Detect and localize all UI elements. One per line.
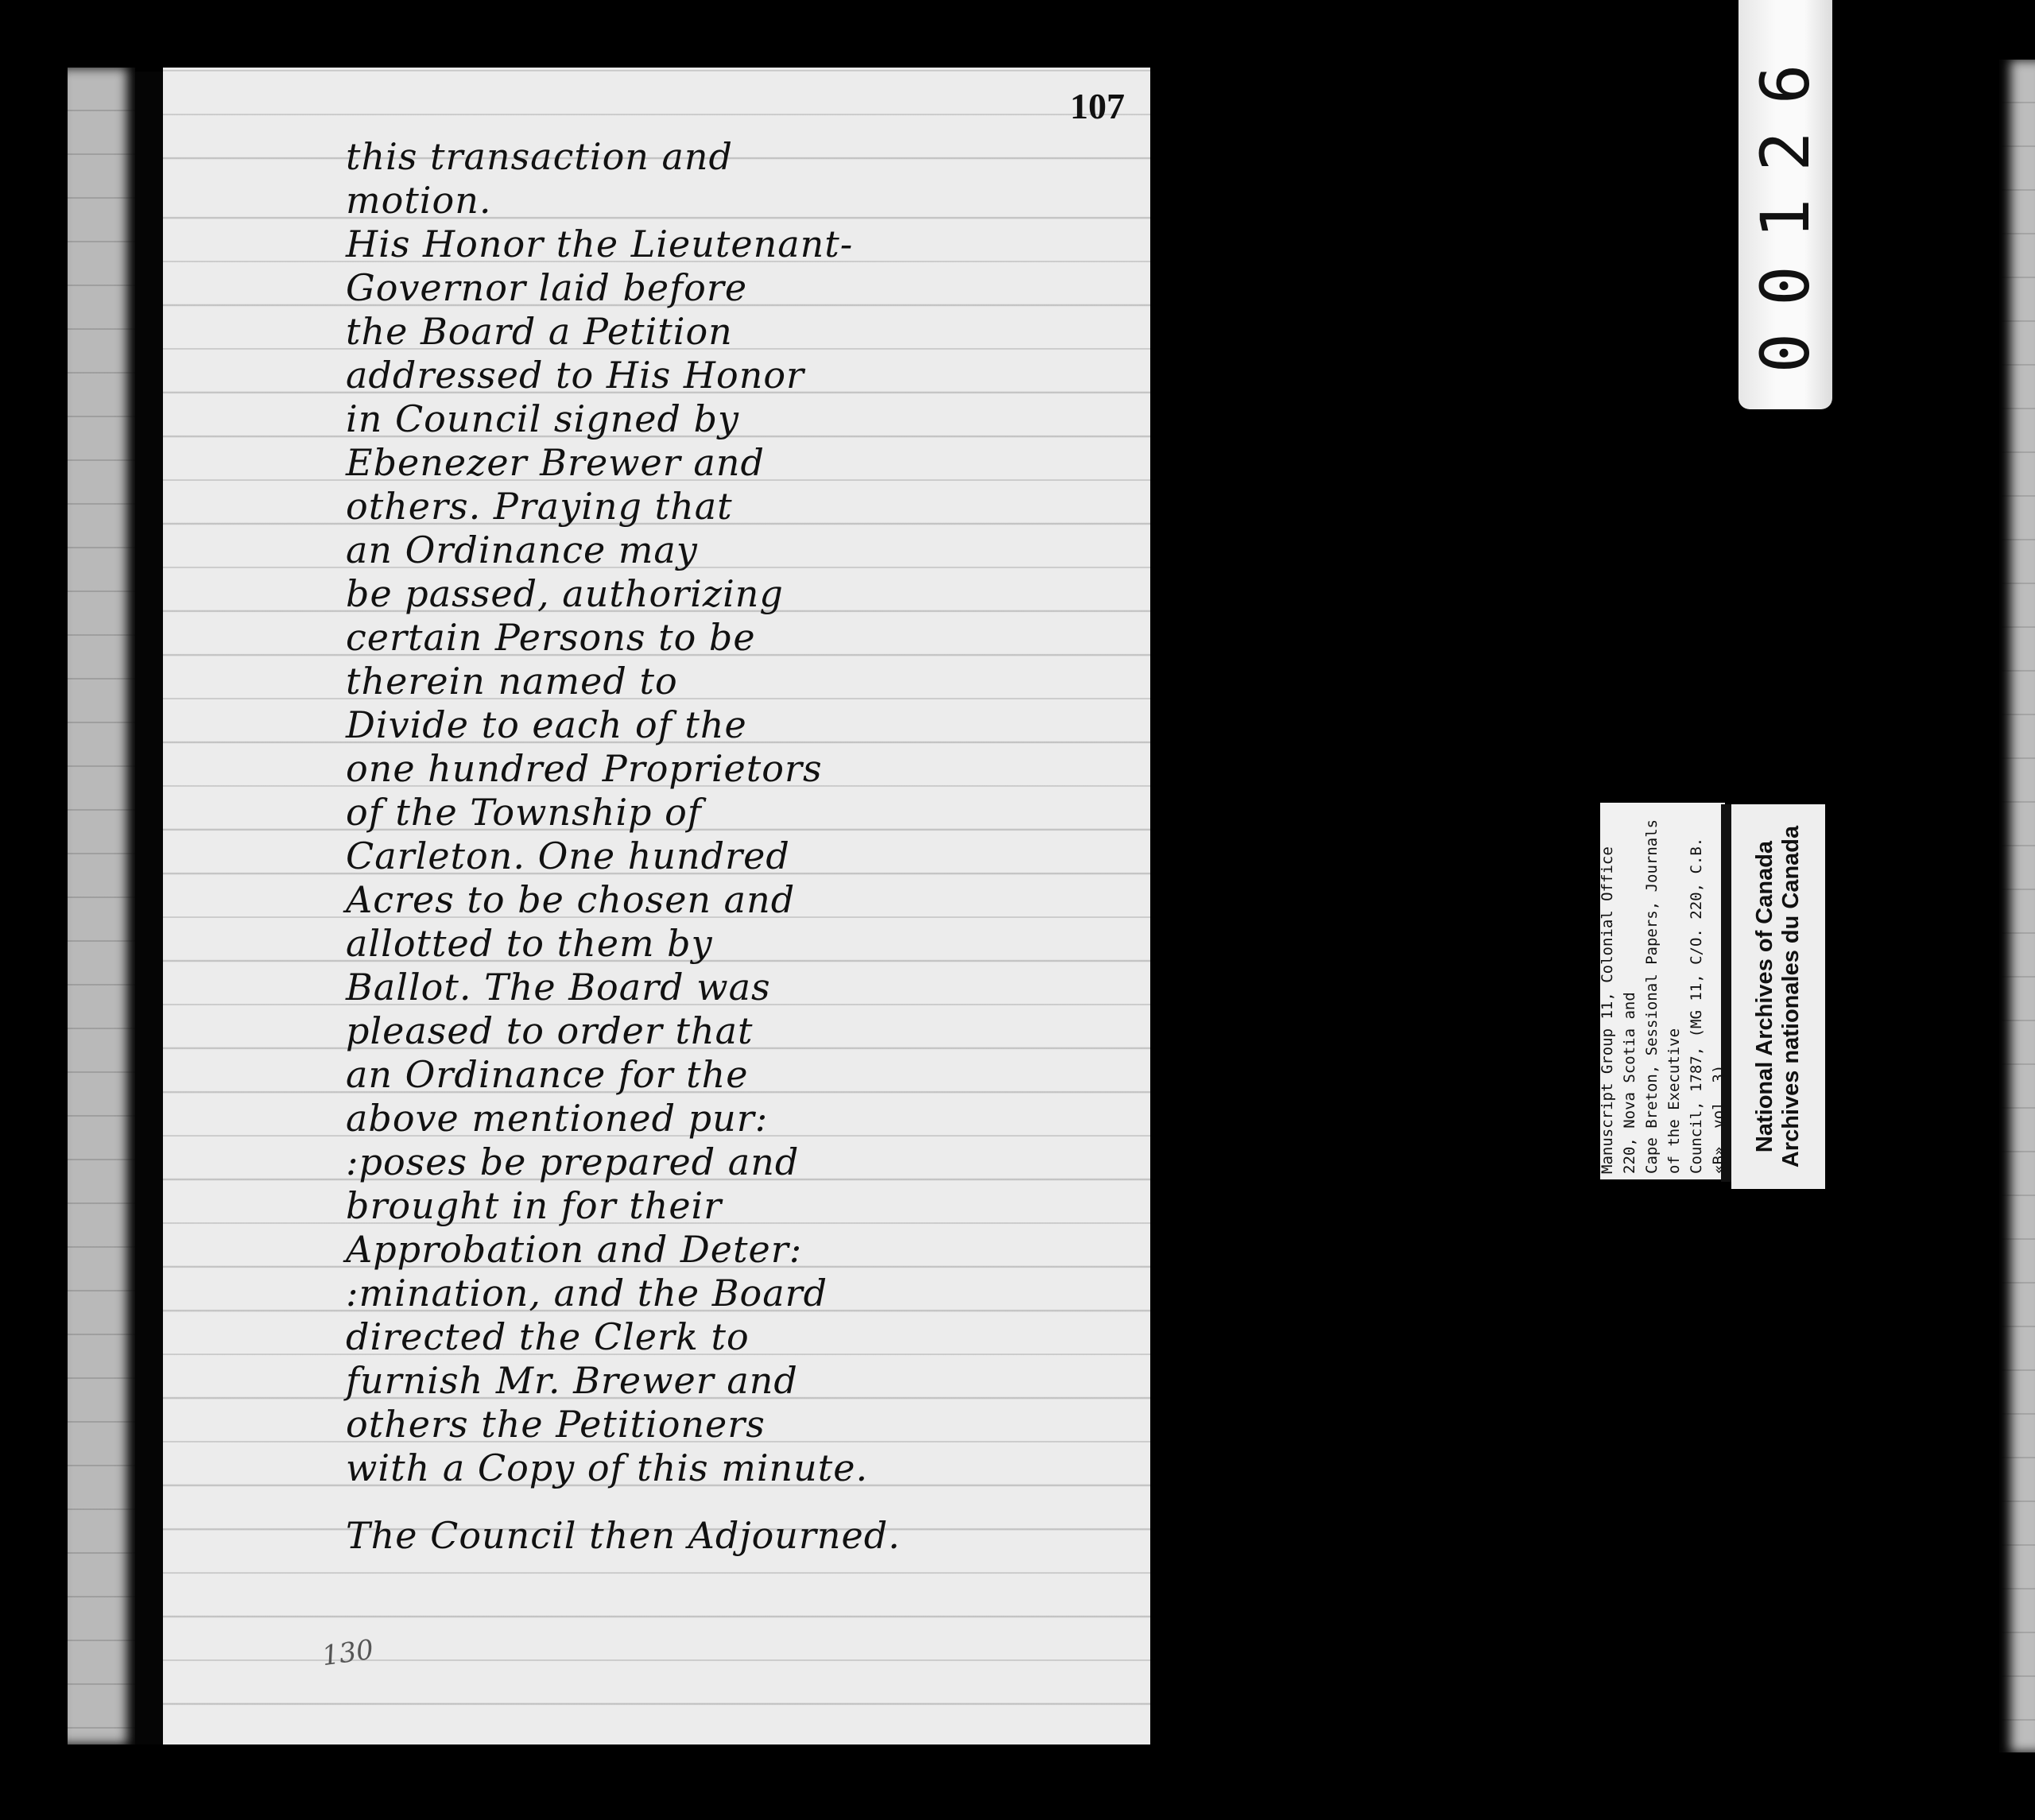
- archives-name-fr: Archives nationales du Canada: [1778, 810, 1804, 1183]
- citation-label: Manuscript Group 11, Colonial Office 220…: [1600, 803, 1725, 1179]
- previous-page-edge: [68, 68, 135, 1744]
- text-line: above mentioned pur:: [346, 1097, 1141, 1140]
- text-line: others the Petitioners: [346, 1403, 1141, 1446]
- handwritten-text: this transaction and motion. His Honor t…: [346, 135, 1141, 1558]
- archives-label: National Archives of Canada Archives nat…: [1731, 804, 1825, 1189]
- text-line: motion.: [346, 179, 1141, 223]
- text-line: Acres to be chosen and: [346, 878, 1141, 922]
- text-line: Carleton. One hundred: [346, 834, 1141, 878]
- text-line: this transaction and: [346, 135, 1141, 179]
- frame-number: 00126: [1746, 37, 1824, 373]
- text-line: Ballot. The Board was: [346, 966, 1141, 1009]
- citation-line: Cape Breton, Sessional Papers, Journals …: [1641, 808, 1685, 1174]
- text-line: certain Persons to be: [346, 616, 1141, 660]
- frame-counter: 00126: [1738, 0, 1832, 409]
- text-line: addressed to His Honor: [346, 354, 1141, 397]
- text-line: directed the Clerk to: [346, 1315, 1141, 1359]
- text-line: brought in for their: [346, 1184, 1141, 1228]
- text-line: others. Praying that: [346, 485, 1141, 529]
- text-line: Approbation and Deter:: [346, 1228, 1141, 1272]
- text-line: of the Township of: [346, 791, 1141, 834]
- next-page-edge: [1999, 60, 2035, 1752]
- page-number: 107: [1070, 85, 1125, 127]
- text-line: be passed, authorizing: [346, 572, 1141, 616]
- binding-gutter: [135, 72, 165, 1744]
- label-shadow: [1721, 804, 1732, 1182]
- text-line: allotted to them by: [346, 922, 1141, 966]
- text-line: :poses be prepared and: [346, 1140, 1141, 1184]
- text-line: Divide to each of the: [346, 703, 1141, 747]
- archives-name-en: National Archives of Canada: [1752, 810, 1778, 1183]
- manuscript-page: 107 this transaction and motion. His Hon…: [163, 68, 1150, 1744]
- text-line: an Ordinance may: [346, 529, 1141, 572]
- text-line: Ebenezer Brewer and: [346, 441, 1141, 485]
- line-gap: [346, 1490, 1141, 1514]
- text-line: therein named to: [346, 660, 1141, 703]
- citation-line: Manuscript Group 11, Colonial Office 220…: [1596, 808, 1641, 1174]
- text-line: an Ordinance for the: [346, 1053, 1141, 1097]
- text-line: furnish Mr. Brewer and: [346, 1359, 1141, 1403]
- text-line: the Board a Petition: [346, 310, 1141, 354]
- margin-note: 130: [320, 1634, 376, 1673]
- text-line: one hundred Proprietors: [346, 747, 1141, 791]
- text-line: with a Copy of this minute.: [346, 1446, 1141, 1490]
- text-line: pleased to order that: [346, 1009, 1141, 1053]
- text-line: His Honor the Lieutenant-: [346, 223, 1141, 266]
- text-line: Governor laid before: [346, 266, 1141, 310]
- text-line: :mination, and the Board: [346, 1272, 1141, 1315]
- text-line-closing: The Council then Adjourned.: [346, 1514, 1141, 1558]
- text-line: in Council signed by: [346, 397, 1141, 441]
